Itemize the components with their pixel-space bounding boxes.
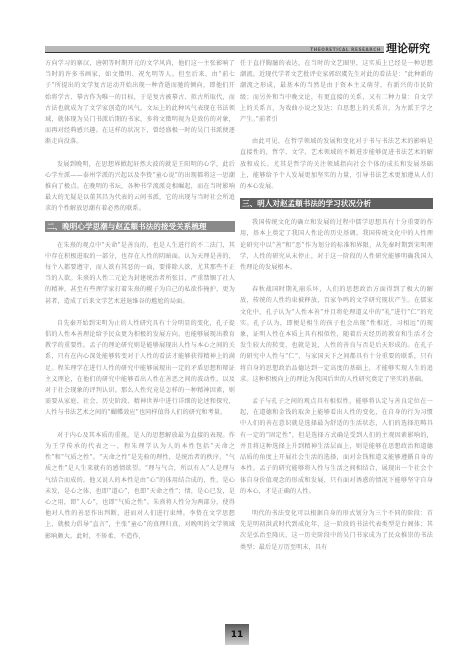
paragraph: 我国传统文化的确立和发展的过程中儒学思想具有十分重要的作用，基本上奠定了我国人性… [240, 217, 433, 273]
header-label-en: THEORETICAL RESEARCH [310, 47, 381, 52]
paragraph: 任于直抒胸臆的表达，在当时的文艺圈里，这实质上已经是一种思想潮流。近现代学者文艺… [240, 58, 433, 125]
paragraph: 对于内心及其本质的重视，是人的思想解放最为直接的表现。作为王学传承的代表之一，程… [45, 430, 235, 542]
journal-page: THEORETICAL RESEARCH 理论研究 方向学习的寨汉，唐朝等时期开… [0, 0, 473, 646]
paragraph: 方向学习的寨汉，唐朝等时期开元的文学风尚，他们这一主张影响了当时的许多书画家，如… [45, 58, 235, 148]
left-column: 方向学习的寨汉，唐朝等时期开元的文学风尚，他们这一主张影响了当时的许多书画家，如… [45, 58, 235, 542]
paragraph: 自先秦开始到宋明为止的人性研究具有十分明显的变化，孔子提倡的人性本善理论给予民众… [45, 318, 235, 419]
header-label-cn: 理论研究 [386, 43, 430, 54]
right-column: 任于直抒胸臆的表达，在当时的文艺圈里，这实质上已经是一种思想潮流。近现代学者文艺… [240, 58, 433, 553]
paragraph: 在朱熹的观点中“天命”是善良的，也是人生进行的不二法门，其中存在积极进取的一部分… [45, 240, 235, 307]
paragraph: 孟子与孔子之间的观点具有相似性，能够将认定与善良定位在一起，在道德和金钱的取舍上… [240, 396, 433, 497]
paragraph: 明代的书法变化可以根据自身的形式划分为三个不同的阶段：首先是明初洪武时代到成化年… [240, 508, 433, 553]
page-number: 11 [225, 624, 249, 645]
paragraph: 春秋战国时期礼崩乐坏，人们的思想政治方面得到了极大的解放，传统的人性约束被释放，… [240, 284, 433, 385]
section-heading: 三、明人对赵孟頫书法的学习状况分析 [240, 198, 433, 209]
paragraph: 由此可见，在哲学领域的发展和变化对于书与书法艺术的影响是直接性的，哲学、文学、艺… [240, 136, 433, 192]
paragraph: 发展到晚明，在思想界掀起轩然大波的就是王阳明的心学，此后心学左派——泰州学派的兴… [45, 159, 235, 215]
section-heading: 二、晚明心学思潮与赵孟頫书法的接受关系梳理 [45, 221, 235, 232]
running-header: THEORETICAL RESEARCH 理论研究 [45, 43, 430, 53]
header-bar: THEORETICAL RESEARCH [45, 46, 384, 53]
